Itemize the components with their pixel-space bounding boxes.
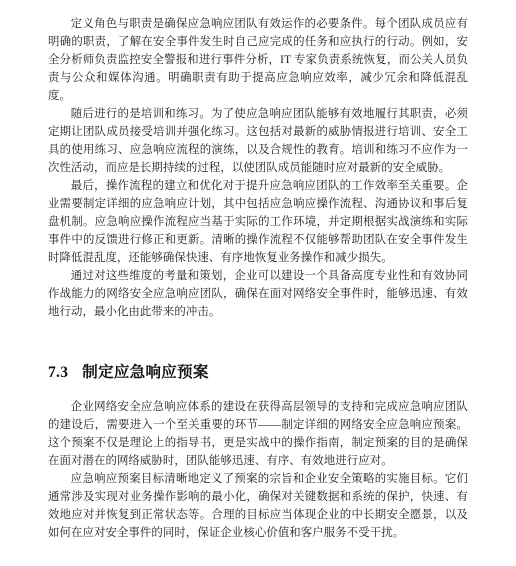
paragraph-roles-responsibilities: 定义角色与职责是确保应急响应团队有效运作的必要条件。每个团队成员应有明确的职责，…: [48, 15, 468, 105]
paragraph-plan-intro: 企业网络安全应急响应体系的建设在获得高层领导的支持和完成应急响应团队的建设后，需…: [48, 398, 468, 470]
document-page: 定义角色与职责是确保应急响应团队有效运作的必要条件。每个团队成员应有明确的职责，…: [0, 0, 516, 566]
section-number: 7.3: [48, 364, 68, 381]
paragraph-training-practice: 随后进行的是培训和练习。为了使应急响应团队能够有效地履行其职责，必须定期让团队成…: [48, 105, 468, 177]
section-heading: 7.3制定应急响应预案: [48, 362, 468, 384]
section-title: 制定应急响应预案: [82, 364, 208, 381]
paragraph-operating-procedures: 最后，操作流程的建立和优化对于提升应急响应团队的工作效率至关重要。企业需要制定详…: [48, 177, 468, 267]
intro-section: 定义角色与职责是确保应急响应团队有效运作的必要条件。每个团队成员应有明确的职责，…: [48, 15, 468, 321]
paragraph-summary: 通过对这些维度的考量和策划，企业可以建设一个具备高度专业性和有效协同作战能力的网…: [48, 267, 468, 321]
paragraph-plan-goals: 应急响应预案目标清晰地定义了预案的宗旨和企业安全策略的实施目标。它们通常涉及实现…: [48, 470, 468, 542]
section-7-3-body: 企业网络安全应急响应体系的建设在获得高层领导的支持和完成应急响应团队的建设后，需…: [48, 398, 468, 542]
